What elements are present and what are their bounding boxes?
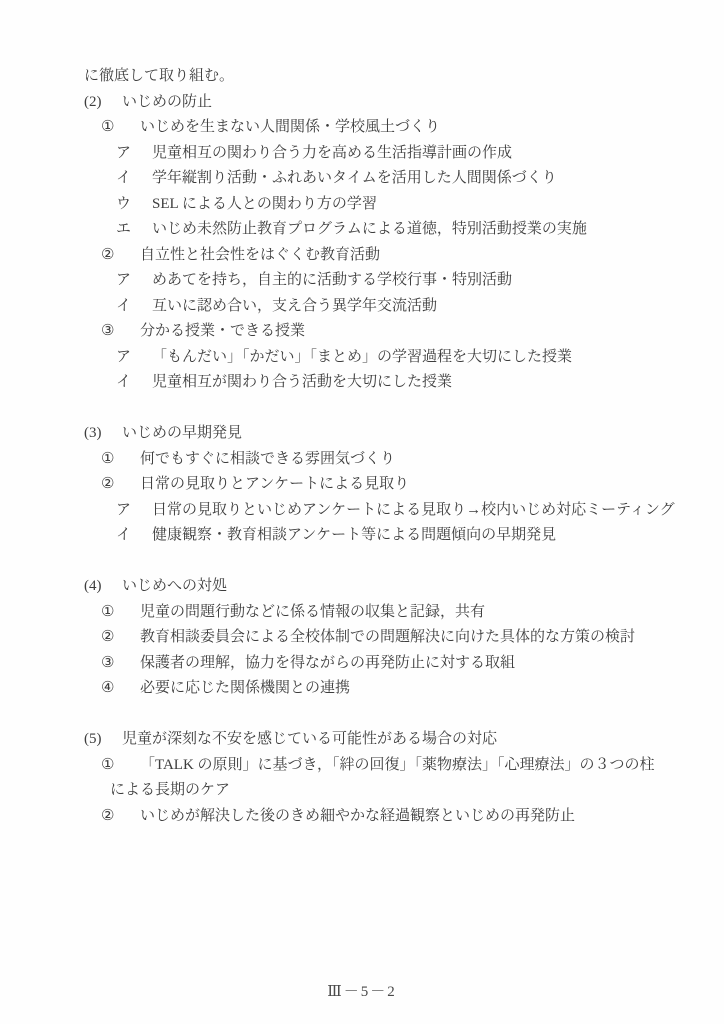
line-text: 児童相互の関わり合う力を高める生活指導計画の作成 <box>152 141 512 167</box>
doc-line: ①児童の問題行動などに係る情報の収集と記録，共有 <box>0 600 724 626</box>
doc-line: イ互いに認め合い，支え合う異学年交流活動 <box>0 294 724 320</box>
doc-line: ①「TALK の原則」に基づき，「絆の回復」「薬物療法」「心理療法」の３つの柱 <box>0 753 724 779</box>
section-gap <box>0 549 724 575</box>
line-text: 分かる授業・できる授業 <box>140 319 305 345</box>
line-label: ① <box>101 447 140 473</box>
doc-line: ②いじめが解決した後のきめ細やかな経過観察といじめの再発防止 <box>0 804 724 830</box>
doc-line: (5)児童が深刻な不安を感じている可能性がある場合の対応 <box>0 727 724 753</box>
line-label: ア <box>116 345 152 371</box>
doc-line: ②日常の見取りとアンケートによる見取り <box>0 472 724 498</box>
line-text: いじめへの対処 <box>122 574 227 600</box>
line-text: いじめ未然防止教育プログラムによる道徳，特別活動授業の実施 <box>152 217 587 243</box>
page-number: Ⅲ－5－2 <box>0 980 724 1001</box>
line-label: ウ <box>116 192 152 218</box>
line-label: ③ <box>101 319 140 345</box>
doc-line: イ健康観察・教育相談アンケート等による問題傾向の早期発見 <box>0 523 724 549</box>
line-label: (4) <box>84 574 122 600</box>
doc-line: ①何でもすぐに相談できる雰囲気づくり <box>0 447 724 473</box>
line-label: ② <box>101 472 140 498</box>
line-label: イ <box>116 294 152 320</box>
line-label: ① <box>101 115 140 141</box>
section-gap <box>0 702 724 728</box>
line-text: 互いに認め合い，支え合う異学年交流活動 <box>152 294 437 320</box>
line-label: ① <box>101 753 140 779</box>
line-label: エ <box>116 217 152 243</box>
line-text: 必要に応じた関係機関との連携 <box>140 676 350 702</box>
doc-line: ②自立性と社会性をはぐくむ教育活動 <box>0 243 724 269</box>
line-text: 児童の問題行動などに係る情報の収集と記録，共有 <box>140 600 485 626</box>
line-label: ② <box>101 804 140 830</box>
line-label: (5) <box>84 727 122 753</box>
line-text: 何でもすぐに相談できる雰囲気づくり <box>140 447 395 473</box>
line-label: ② <box>101 243 140 269</box>
line-text: いじめの防止 <box>122 90 212 116</box>
doc-line: アめあてを持ち，自主的に活動する学校行事・特別活動 <box>0 268 724 294</box>
line-text: SEL による人との関わり方の学習 <box>152 192 377 218</box>
document-body: に徹底して取り組む。 (2)いじめの防止 ①いじめを生まない人間関係・学校風土づ… <box>0 64 724 829</box>
doc-line: ①いじめを生まない人間関係・学校風土づくり <box>0 115 724 141</box>
line-text: 「TALK の原則」に基づき，「絆の回復」「薬物療法」「心理療法」の３つの柱 <box>140 753 654 779</box>
doc-line: イ児童相互が関わり合う活動を大切にした授業 <box>0 370 724 396</box>
line-text: 日常の見取りとアンケートによる見取り <box>140 472 409 498</box>
doc-line: エいじめ未然防止教育プログラムによる道徳，特別活動授業の実施 <box>0 217 724 243</box>
line-label: ② <box>101 625 140 651</box>
line-label: (2) <box>84 90 122 116</box>
line-text: による長期のケア <box>110 778 230 804</box>
doc-line: ②教育相談委員会による全校体制での問題解決に向けた具体的な方策の検討 <box>0 625 724 651</box>
line-text: いじめの早期発見 <box>122 421 242 447</box>
line-label: ④ <box>101 676 140 702</box>
line-label: (3) <box>84 421 122 447</box>
doc-line: ③分かる授業・できる授業 <box>0 319 724 345</box>
line-text: 自立性と社会性をはぐくむ教育活動 <box>140 243 380 269</box>
line-text: 保護者の理解，協力を得ながらの再発防止に対する取組 <box>140 651 515 677</box>
doc-line: ③保護者の理解，協力を得ながらの再発防止に対する取組 <box>0 651 724 677</box>
line-label: ア <box>116 498 152 524</box>
line-label: イ <box>116 370 152 396</box>
doc-line: ア「もんだい」「かだい」「まとめ」の学習過程を大切にした授業 <box>0 345 724 371</box>
doc-line: ④必要に応じた関係機関との連携 <box>0 676 724 702</box>
line-label: ① <box>101 600 140 626</box>
section-gap <box>0 396 724 422</box>
line-label: ア <box>116 141 152 167</box>
doc-line: ア児童相互の関わり合う力を高める生活指導計画の作成 <box>0 141 724 167</box>
line-text: に徹底して取り組む。 <box>84 64 234 90</box>
line-text: 日常の見取りといじめアンケートによる見取り→校内いじめ対応ミーティング <box>152 498 675 524</box>
line-text: めあてを持ち，自主的に活動する学校行事・特別活動 <box>152 268 512 294</box>
line-label: ア <box>116 268 152 294</box>
line-text: 「もんだい」「かだい」「まとめ」の学習過程を大切にした授業 <box>152 345 572 371</box>
line-text: いじめが解決した後のきめ細やかな経過観察といじめの再発防止 <box>140 804 575 830</box>
doc-line: ウSEL による人との関わり方の学習 <box>0 192 724 218</box>
line-text: 児童が深刻な不安を感じている可能性がある場合の対応 <box>122 727 497 753</box>
line-text: 教育相談委員会による全校体制での問題解決に向けた具体的な方策の検討 <box>140 625 635 651</box>
line-text: 学年縦割り活動・ふれあいタイムを活用した人間関係づくり <box>152 166 557 192</box>
line-label: イ <box>116 523 152 549</box>
line-label: ③ <box>101 651 140 677</box>
doc-line: に徹底して取り組む。 <box>0 64 724 90</box>
doc-line: による長期のケア <box>0 778 724 804</box>
line-text: 児童相互が関わり合う活動を大切にした授業 <box>152 370 452 396</box>
doc-line: イ学年縦割り活動・ふれあいタイムを活用した人間関係づくり <box>0 166 724 192</box>
line-text: 健康観察・教育相談アンケート等による問題傾向の早期発見 <box>152 523 556 549</box>
doc-line: (4)いじめへの対処 <box>0 574 724 600</box>
line-label: イ <box>116 166 152 192</box>
document-page: に徹底して取り組む。 (2)いじめの防止 ①いじめを生まない人間関係・学校風土づ… <box>0 0 724 1024</box>
doc-line: ア日常の見取りといじめアンケートによる見取り→校内いじめ対応ミーティング <box>0 498 724 524</box>
doc-line: (3)いじめの早期発見 <box>0 421 724 447</box>
doc-line: (2)いじめの防止 <box>0 90 724 116</box>
line-text: いじめを生まない人間関係・学校風土づくり <box>140 115 440 141</box>
